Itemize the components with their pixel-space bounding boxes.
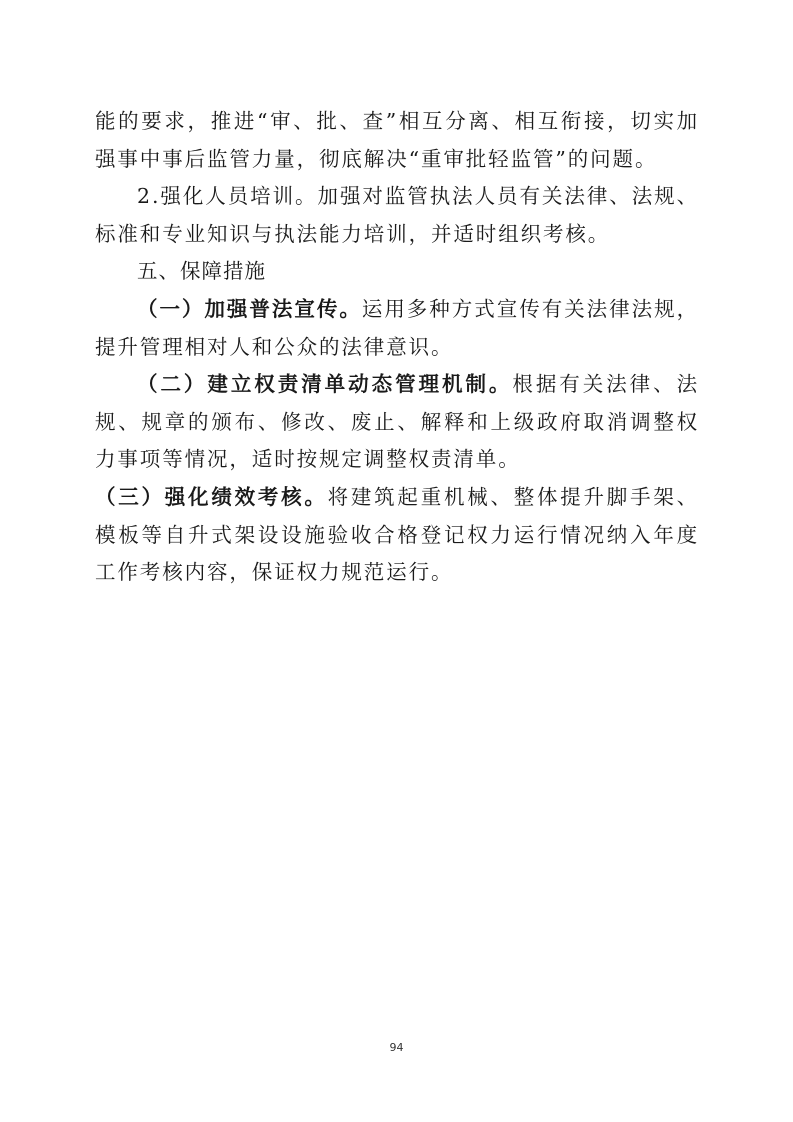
section-heading-safeguards: 五、保障措施 xyxy=(95,253,699,291)
paragraph-staff-training: 2.强化人员培训。加强对监管执法人员有关法律、法规、标准和专业知识与执法能力培训… xyxy=(95,178,699,253)
paragraph-text: 能的要求，推进“审、批、查”相互分离、相互衔接，切实加强事中事后监管力量，彻底解… xyxy=(95,109,699,171)
paragraph-text: 2.强化人员培训。加强对监管执法人员有关法律、法规、标准和专业知识与执法能力培训… xyxy=(95,184,699,246)
paragraph-lead: （一）加强普法宣传。 xyxy=(137,297,362,321)
paragraph-lead: （三）强化绩效考核。 xyxy=(95,485,328,509)
page-number: 94 xyxy=(0,1041,793,1054)
document-body: 能的要求，推进“审、批、查”相互分离、相互衔接，切实加强事中事后监管力量，彻底解… xyxy=(95,103,699,592)
paragraph-approval-separation: 能的要求，推进“审、批、查”相互分离、相互衔接，切实加强事中事后监管力量，彻底解… xyxy=(95,103,699,178)
paragraph-performance-assessment: （三）强化绩效考核。将建筑起重机械、整体提升脚手架、模板等自升式架设设施验收合格… xyxy=(95,479,699,592)
paragraph-dynamic-list-management: （二）建立权责清单动态管理机制。根据有关法律、法规、规章的颁布、修改、废止、解释… xyxy=(95,366,699,479)
paragraph-legal-publicity: （一）加强普法宣传。运用多种方式宣传有关法律法规，提升管理相对人和公众的法律意识… xyxy=(95,291,699,366)
paragraph-lead: （二）建立权责清单动态管理机制。 xyxy=(137,372,512,396)
